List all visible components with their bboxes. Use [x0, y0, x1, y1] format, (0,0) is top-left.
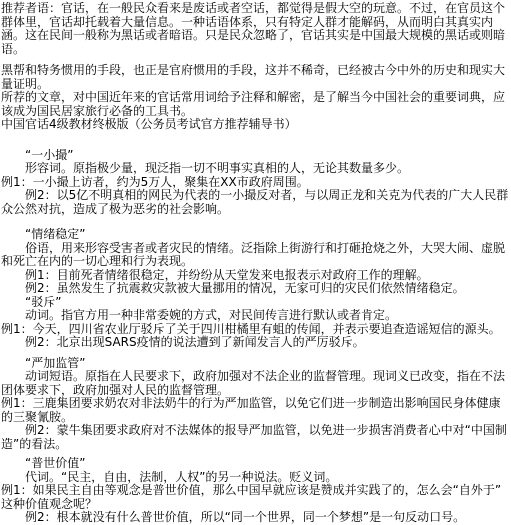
- term-example: 例2：根本就没有什么普世价值，所以“同一个世界，同一个梦想”是一句反动口号。: [1, 511, 509, 525]
- intro-paragraph-3: 所荐的文章，对中国近年来的官话常用词给予注释和解密，是了解当今中国社会的重要词典…: [1, 91, 509, 118]
- intro-book-title: 中国官话4级教材终极版（公务员考试官方推荐辅导书）: [1, 118, 509, 132]
- term-example: 例1：如果民主自由等观念是普世价值，那么中国早就应该是赞成并实践了的，怎么会“自…: [1, 484, 509, 511]
- term-header: “情绪稳定”: [1, 228, 509, 242]
- term-definition: 形容词。原指极少量，现泛指一切不明事实真相的人，无论其数量多少。: [1, 162, 509, 176]
- entry-pushijiazhi: “普世价值” 代词。“民主，自由，法制，人权”的另一种说法。贬义词。 例1：如果…: [1, 457, 509, 525]
- term-example: 例1：一小撮上访者，约为5万人，聚集在XX市政府周围。: [1, 176, 509, 190]
- entry-qingxuwending: “情绪稳定” 俗语，用来形容受害者或者灾民的情绪。泛指除上街游行和打砸抢烧之外，…: [1, 228, 509, 296]
- term-definition: 动词。指官方用一种非常委婉的方式，对民间传言进行默认或者肯定。: [1, 309, 509, 323]
- term-definition: 俗语，用来形容受害者或者灾民的情绪。泛指除上街游行和打砸抢烧之外，大哭大闹、虚脱…: [1, 242, 509, 269]
- intro-paragraph-1: 推荐者语：官话，在一般民众看来是废话或者空话，都觉得是假大空的玩意。不过，在官员…: [1, 2, 509, 56]
- term-example: 例2：北京出现SARS疫情的说法遭到了新闻发言人的严厉驳斥。: [1, 336, 509, 350]
- term-example: 例2：以5亿不明真相的网民为代表的一小撮反对者，与以周正龙和关克为代表的广大人民…: [1, 189, 509, 216]
- term-example: 例1：今天，四川省农业厅驳斥了关于四川柑橘里有蛆的传闻，并表示要追查造谣短信的源…: [1, 323, 509, 337]
- entry-yixiaocuo: “一小撮” 形容词。原指极少量，现泛指一切不明事实真相的人，无论其数量多少。 例…: [1, 149, 509, 217]
- entry-yanjiajianguan: “严加监管” 动词短语。原指在人民要求下，政府加强对不法企业的监督管理。现词义已…: [1, 357, 509, 452]
- term-example: 例2：虽然发生了抗震救灾款被大量挪用的情况，无家可归的灾民们依然情绪稳定。: [1, 282, 509, 296]
- entry-bochi: “驳斥” 动词。指官方用一种非常委婉的方式，对民间传言进行默认或者肯定。 例1：…: [1, 296, 509, 350]
- term-example: 例2：蒙牛集团要求政府对不法媒体的报导严加监管，以免进一步损害消费者心中对“中国…: [1, 424, 509, 451]
- term-header: “严加监管”: [1, 357, 509, 371]
- term-definition: 动词短语。原指在人民要求下，政府加强对不法企业的监督管理。现词义已改变，指在不法…: [1, 370, 509, 397]
- term-example: 例1：三鹿集团要求奶农对非法奶牛的行为严加监管，以免它们进一步制造出影响国民身体…: [1, 397, 509, 424]
- term-header: “普世价值”: [1, 457, 509, 471]
- term-definition: 代词。“民主，自由，法制，人权”的另一种说法。贬义词。: [1, 471, 509, 485]
- term-example: 例1：目前死者情绪很稳定，并纷纷从天堂发来电报表示对政府工作的理解。: [1, 269, 509, 283]
- document-page: { "page": { "background": "#ffffff", "te…: [0, 0, 511, 525]
- intro-paragraph-2: 黑帮和特务惯用的手段，也正是官府惯用的手段，这并不稀奇，已经被古今中外的历史和现…: [1, 64, 509, 91]
- term-header: “驳斥”: [1, 296, 509, 310]
- term-header: “一小撮”: [1, 149, 509, 163]
- document-body: 推荐者语：官话，在一般民众看来是废话或者空话，都觉得是假大空的玩意。不过，在官员…: [0, 0, 511, 525]
